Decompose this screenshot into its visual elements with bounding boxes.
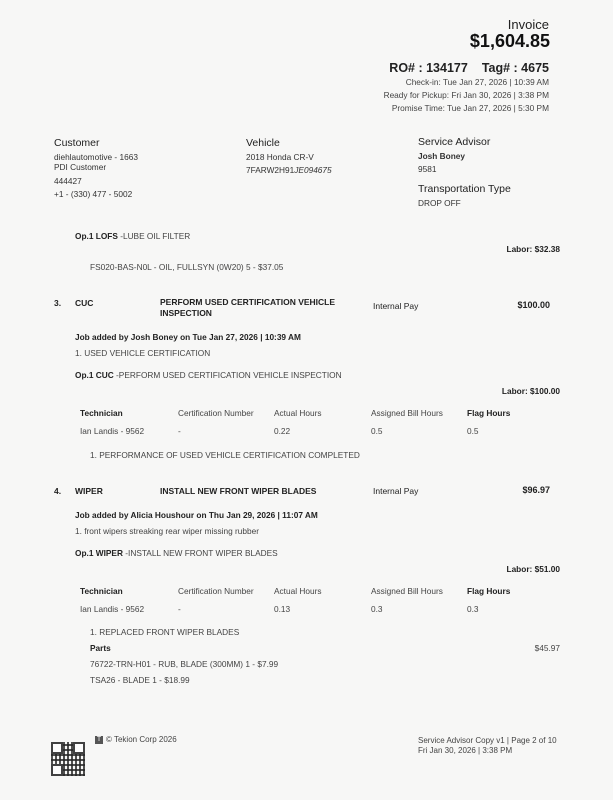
customer-type: PDI Customer bbox=[54, 161, 106, 173]
parts-total: $45.97 bbox=[535, 643, 560, 653]
labor-cuc: Labor: $100.00 bbox=[502, 386, 560, 396]
customer-label: Customer bbox=[54, 137, 100, 149]
vehicle-model: 2018 Honda CR-V bbox=[246, 151, 314, 163]
td-technician: Ian Landis - 9562 bbox=[80, 426, 144, 436]
ro-number: RO# : 134177 bbox=[389, 61, 468, 75]
th-flag-hours: Flag Hours bbox=[467, 408, 510, 418]
job-concern: 1. front wipers streaking rear wiper mis… bbox=[75, 526, 259, 536]
customer-phone: +1 - (330) 477 - 5002 bbox=[54, 188, 132, 200]
service-advisor-label: Service Advisor bbox=[418, 136, 490, 148]
vehicle-vin: 7FARW2H91JE094675 bbox=[246, 164, 332, 176]
transportation-value: DROP OFF bbox=[418, 197, 461, 209]
customer-id: 444427 bbox=[54, 175, 82, 187]
part-line: 76722-TRN-H01 - RUB, BLADE (300MM) 1 - $… bbox=[90, 659, 278, 669]
ro-tag-line: RO# : 134177Tag# : 4675 bbox=[389, 61, 549, 75]
printed-time: Fri Jan 30, 2026 | 3:38 PM bbox=[418, 746, 512, 755]
td-cert-number: - bbox=[178, 426, 181, 436]
vin-prefix: 7FARW2H91 bbox=[246, 165, 294, 175]
job-number: 4. bbox=[54, 486, 61, 496]
transportation-label: Transportation Type bbox=[418, 183, 511, 195]
copyright: T© Tekion Corp 2026 bbox=[95, 735, 177, 744]
td-actual-hours: 0.22 bbox=[274, 426, 290, 436]
td-flag-hours: 0.5 bbox=[467, 426, 479, 436]
td-cert-number: - bbox=[178, 604, 181, 614]
td-actual-hours: 0.13 bbox=[274, 604, 290, 614]
parts-label: Parts bbox=[90, 643, 111, 653]
vin-suffix: JE094675 bbox=[294, 165, 331, 175]
op-line-lofs: Op.1 LOFS -LUBE OIL FILTER bbox=[75, 231, 190, 241]
invoice-title: Invoice bbox=[508, 17, 549, 32]
job-amount: $100.00 bbox=[517, 300, 550, 310]
th-bill-hours: Assigned Bill Hours bbox=[371, 586, 443, 596]
tag-number: Tag# : 4675 bbox=[482, 61, 549, 75]
job-added-by: Job added by Josh Boney on Tue Jan 27, 2… bbox=[75, 332, 301, 342]
th-cert-number: Certification Number bbox=[178, 586, 254, 596]
td-bill-hours: 0.3 bbox=[371, 604, 383, 614]
td-flag-hours: 0.3 bbox=[467, 604, 479, 614]
td-technician: Ian Landis - 9562 bbox=[80, 604, 144, 614]
th-bill-hours: Assigned Bill Hours bbox=[371, 408, 443, 418]
service-advisor-name: Josh Boney bbox=[418, 150, 465, 162]
job-pay-type: Internal Pay bbox=[373, 301, 418, 311]
labor-lofs: Labor: $32.38 bbox=[507, 244, 561, 254]
part-line: TSA26 - BLADE 1 - $18.99 bbox=[90, 675, 190, 685]
job-number: 3. bbox=[54, 298, 61, 308]
ready-for-pickup-time: Ready for Pickup: Fri Jan 30, 2026 | 3:3… bbox=[384, 90, 549, 100]
th-technician: Technician bbox=[80, 586, 123, 596]
tekion-logo-icon: T bbox=[95, 736, 103, 744]
job-pay-type: Internal Pay bbox=[373, 486, 418, 496]
qr-code bbox=[51, 742, 85, 776]
part-line-oil: FS020-BAS-N0L - OIL, FULLSYN (0W20) 5 - … bbox=[90, 262, 283, 272]
vehicle-label: Vehicle bbox=[246, 137, 280, 149]
promise-time: Promise Time: Tue Jan 27, 2026 | 5:30 PM bbox=[392, 103, 549, 113]
invoice-total: $1,604.85 bbox=[470, 31, 550, 52]
job-added-by: Job added by Alicia Houshour on Thu Jan … bbox=[75, 510, 318, 520]
check-in-time: Check-in: Tue Jan 27, 2026 | 10:39 AM bbox=[406, 77, 549, 87]
job-concern: 1. USED VEHICLE CERTIFICATION bbox=[75, 348, 210, 358]
th-flag-hours: Flag Hours bbox=[467, 586, 510, 596]
th-actual-hours: Actual Hours bbox=[274, 586, 322, 596]
job-correction: 1. REPLACED FRONT WIPER BLADES bbox=[90, 627, 239, 637]
td-bill-hours: 0.5 bbox=[371, 426, 383, 436]
job-description: PERFORM USED CERTIFICATION VEHICLE INSPE… bbox=[160, 297, 350, 319]
job-amount: $96.97 bbox=[522, 485, 550, 495]
op-line-wiper: Op.1 WIPER -INSTALL NEW FRONT WIPER BLAD… bbox=[75, 548, 278, 558]
copy-info: Service Advisor Copy v1 | Page 2 of 10 bbox=[418, 736, 557, 745]
th-actual-hours: Actual Hours bbox=[274, 408, 322, 418]
op-line-cuc: Op.1 CUC -PERFORM USED CERTIFICATION VEH… bbox=[75, 370, 342, 380]
job-code: WIPER bbox=[75, 486, 103, 496]
job-code: CUC bbox=[75, 298, 93, 308]
th-technician: Technician bbox=[80, 408, 123, 418]
service-advisor-id: 9581 bbox=[418, 163, 436, 175]
job-description: INSTALL NEW FRONT WIPER BLADES bbox=[160, 486, 380, 497]
th-cert-number: Certification Number bbox=[178, 408, 254, 418]
labor-wiper: Labor: $51.00 bbox=[507, 564, 561, 574]
job-correction: 1. PERFORMANCE OF USED VEHICLE CERTIFICA… bbox=[90, 450, 360, 460]
